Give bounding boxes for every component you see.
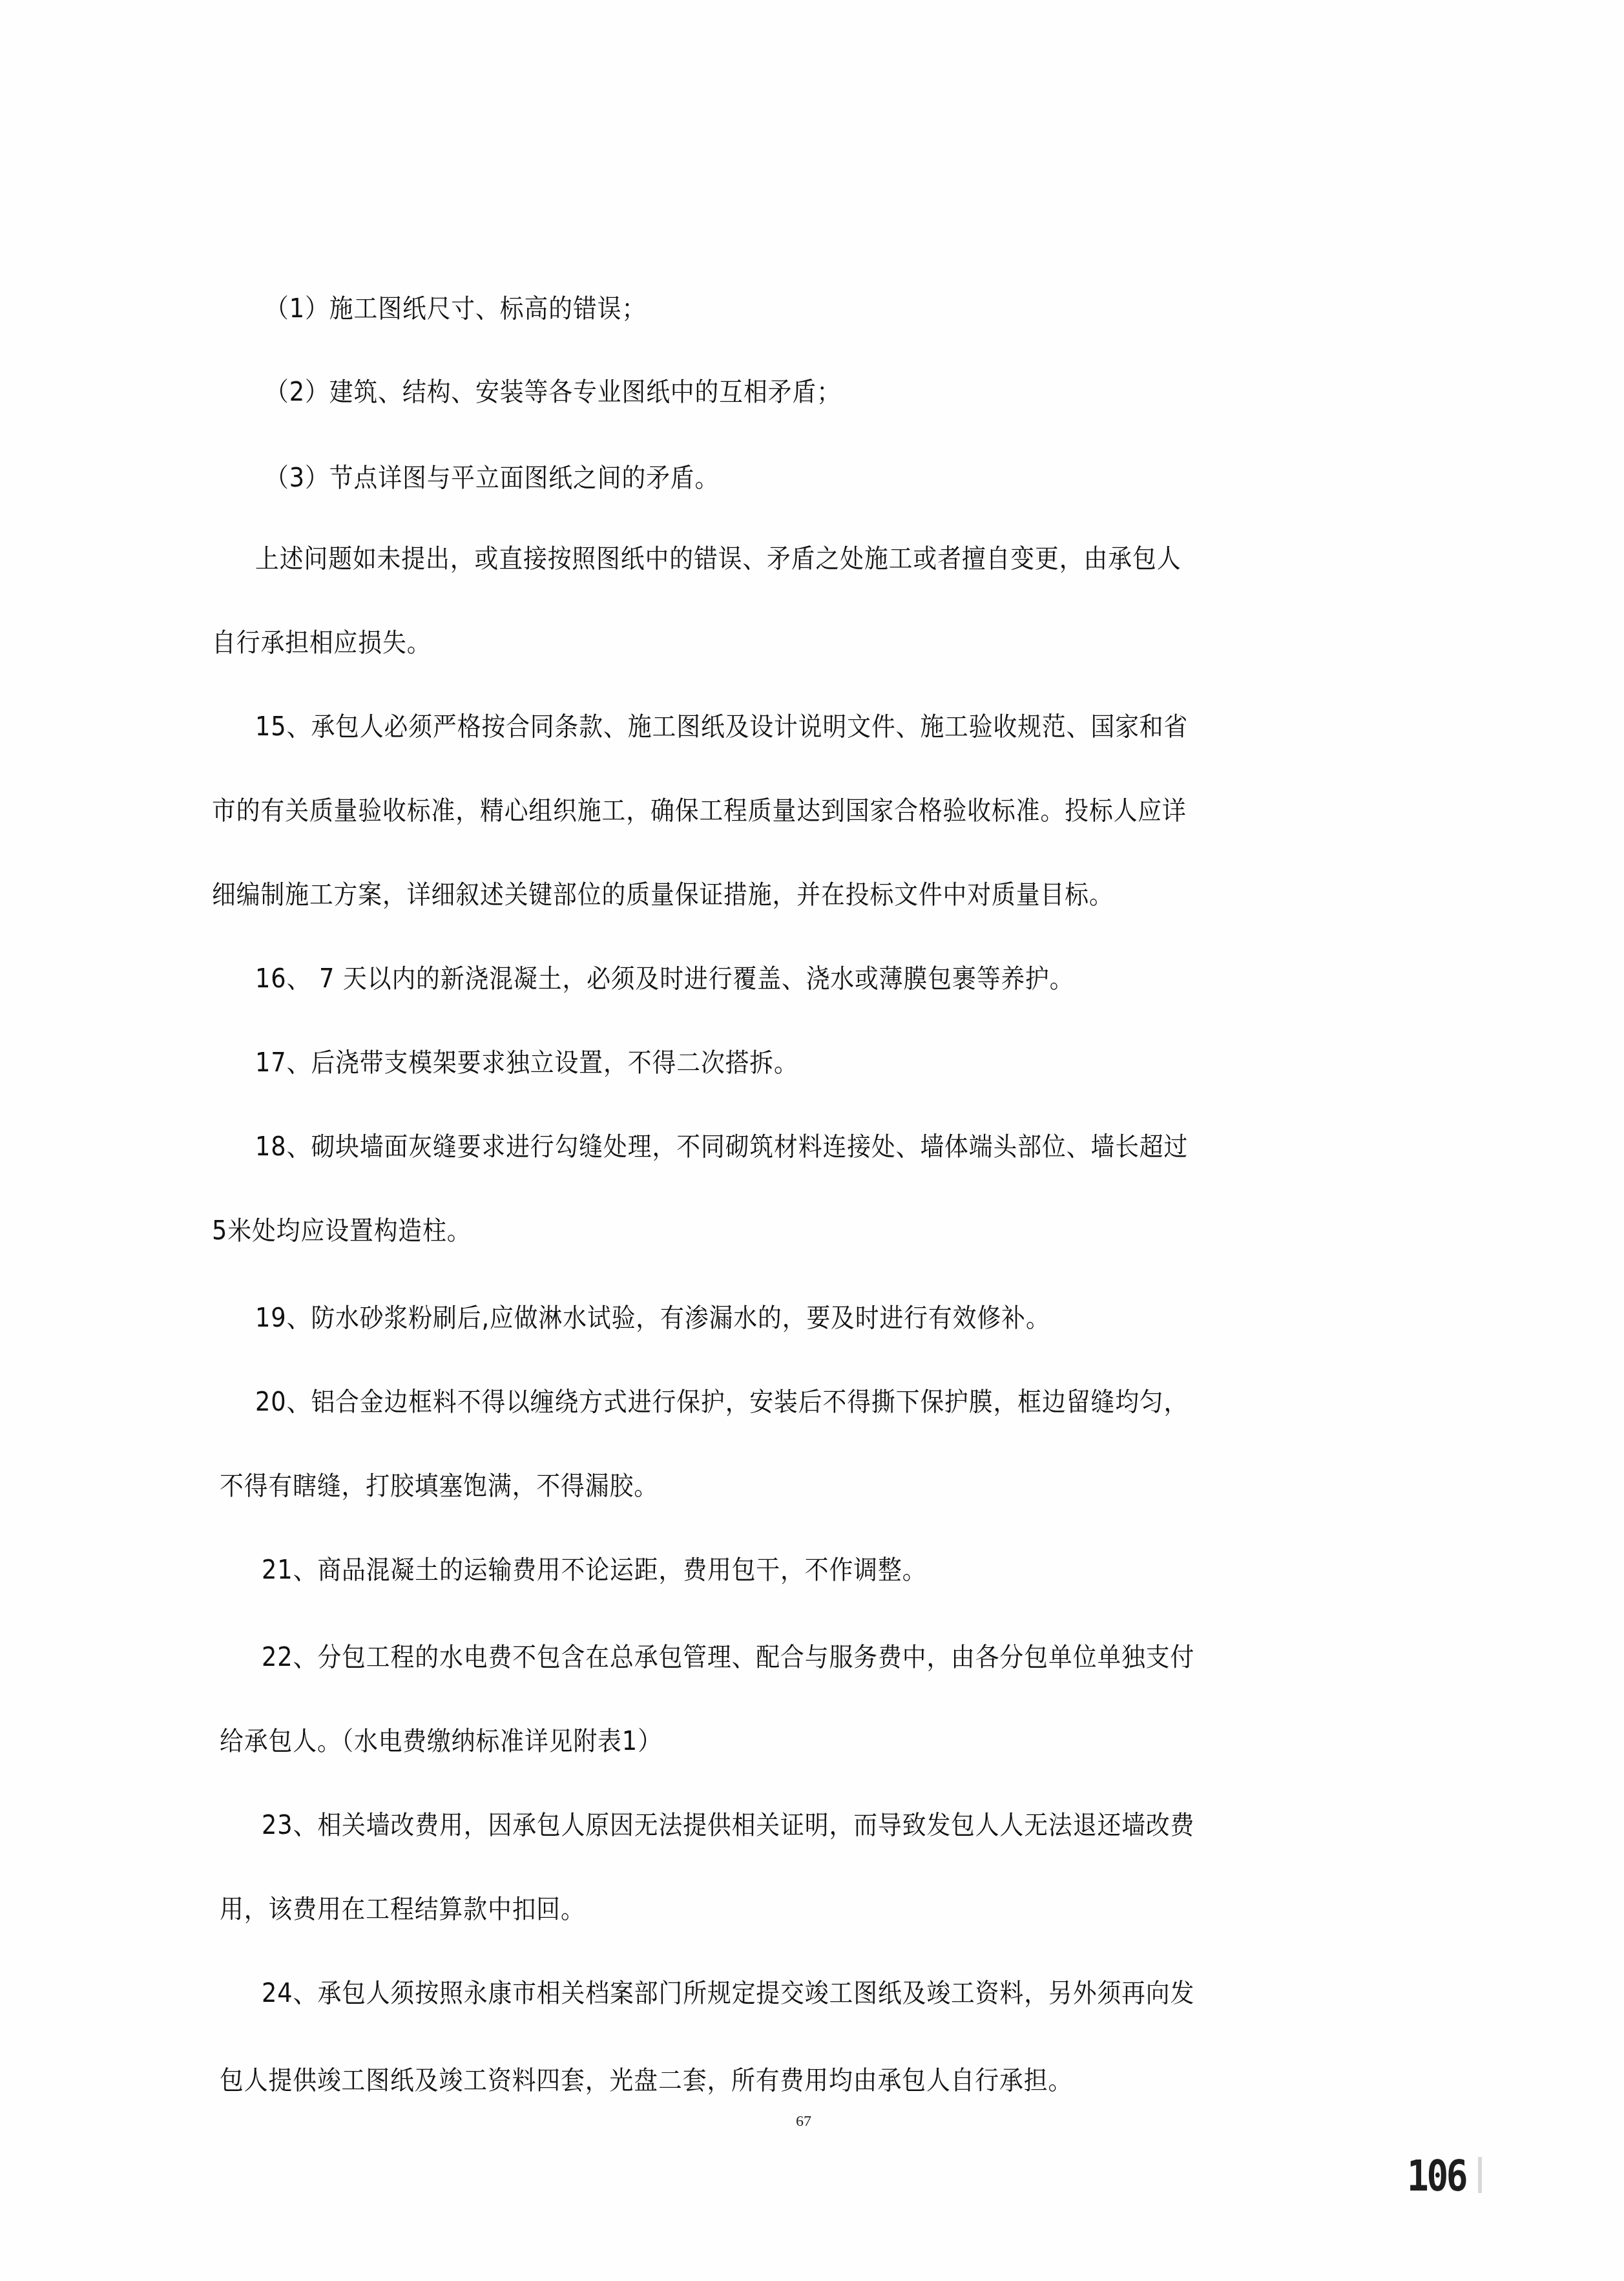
- summary-paragraph-line-2: 自行承担相应损失。: [212, 624, 431, 662]
- clause-23-line-1: 23、相关墙改费用，因承包人原因无法提供相关证明，而导致发包人人无法退还墙改费: [262, 1806, 1194, 1845]
- clause-20-line-2: 不得有瞎缝，打胶填塞饱满，不得漏胶。: [220, 1467, 658, 1506]
- clause-21: 21、商品混凝土的运输费用不论运距，费用包干，不作调整。: [262, 1551, 926, 1590]
- document-page: （1）施工图纸尺寸、标高的错误； （2）建筑、结构、安装等各专业图纸中的互相矛盾…: [0, 0, 1624, 2281]
- clause-15-line-2: 市的有关质量验收标准，精心组织施工，确保工程质量达到国家合格验收标准。投标人应详: [212, 792, 1187, 830]
- summary-paragraph-line-1: 上述问题如未提出，或直接按照图纸中的错误、矛盾之处施工或者擅自变更，由承包人: [255, 540, 1181, 578]
- clause-22-line-2: 给承包人。（水电费缴纳标准详见附表1）: [220, 1722, 662, 1761]
- clause-16: 16、 7 天以内的新浇混凝土，必须及时进行覆盖、浇水或薄膜包裹等养护。: [255, 960, 1074, 998]
- list-item-3: （3）节点详图与平立面图纸之间的矛盾。: [265, 459, 719, 498]
- clause-17: 17、后浇带支模架要求独立设置，不得二次搭拆。: [255, 1044, 798, 1082]
- clause-22-line-1: 22、分包工程的水电费不包含在总承包管理、配合与服务费中，由各分包单位单独支付: [262, 1638, 1194, 1677]
- clause-15-line-1: 15、承包人必须严格按合同条款、施工图纸及设计说明文件、施工验收规范、国家和省: [255, 708, 1188, 746]
- clause-20-line-1: 20、铝合金边框料不得以缠绕方式进行保护，安装后不得撕下保护膜，框边留缝均匀，: [255, 1383, 1188, 1422]
- clause-24-line-1: 24、承包人须按照永康市相关档案部门所规定提交竣工图纸及竣工资料，另外须再向发: [262, 1974, 1194, 2013]
- clause-24-line-2: 包人提供竣工图纸及竣工资料四套，光盘二套，所有费用均由承包人自行承担。: [220, 2061, 1072, 2100]
- clause-18-line-2: 5米处均应设置构造柱。: [212, 1212, 472, 1250]
- page-number: 67: [796, 2112, 811, 2131]
- list-item-2: （2）建筑、结构、安装等各专业图纸中的互相矛盾；: [265, 373, 841, 412]
- clause-23-line-2: 用，该费用在工程结算款中扣回。: [220, 1890, 585, 1929]
- stamp-edge-mark: [1478, 2157, 1482, 2193]
- clause-15-line-3: 细编制施工方案，详细叙述关键部位的质量保证措施，并在投标文件中对质量目标。: [212, 876, 1114, 914]
- clause-18-line-1: 18、砌块墙面灰缝要求进行勾缝处理，不同砌筑材料连接处、墙体端头部位、墙长超过: [255, 1128, 1188, 1166]
- list-item-1: （1）施工图纸尺寸、标高的错误；: [265, 289, 646, 328]
- clause-19: 19、防水砂浆粉刷后,应做淋水试验，有渗漏水的，要及时进行有效修补。: [255, 1299, 1050, 1338]
- stamp-number: 106: [1407, 2150, 1466, 2202]
